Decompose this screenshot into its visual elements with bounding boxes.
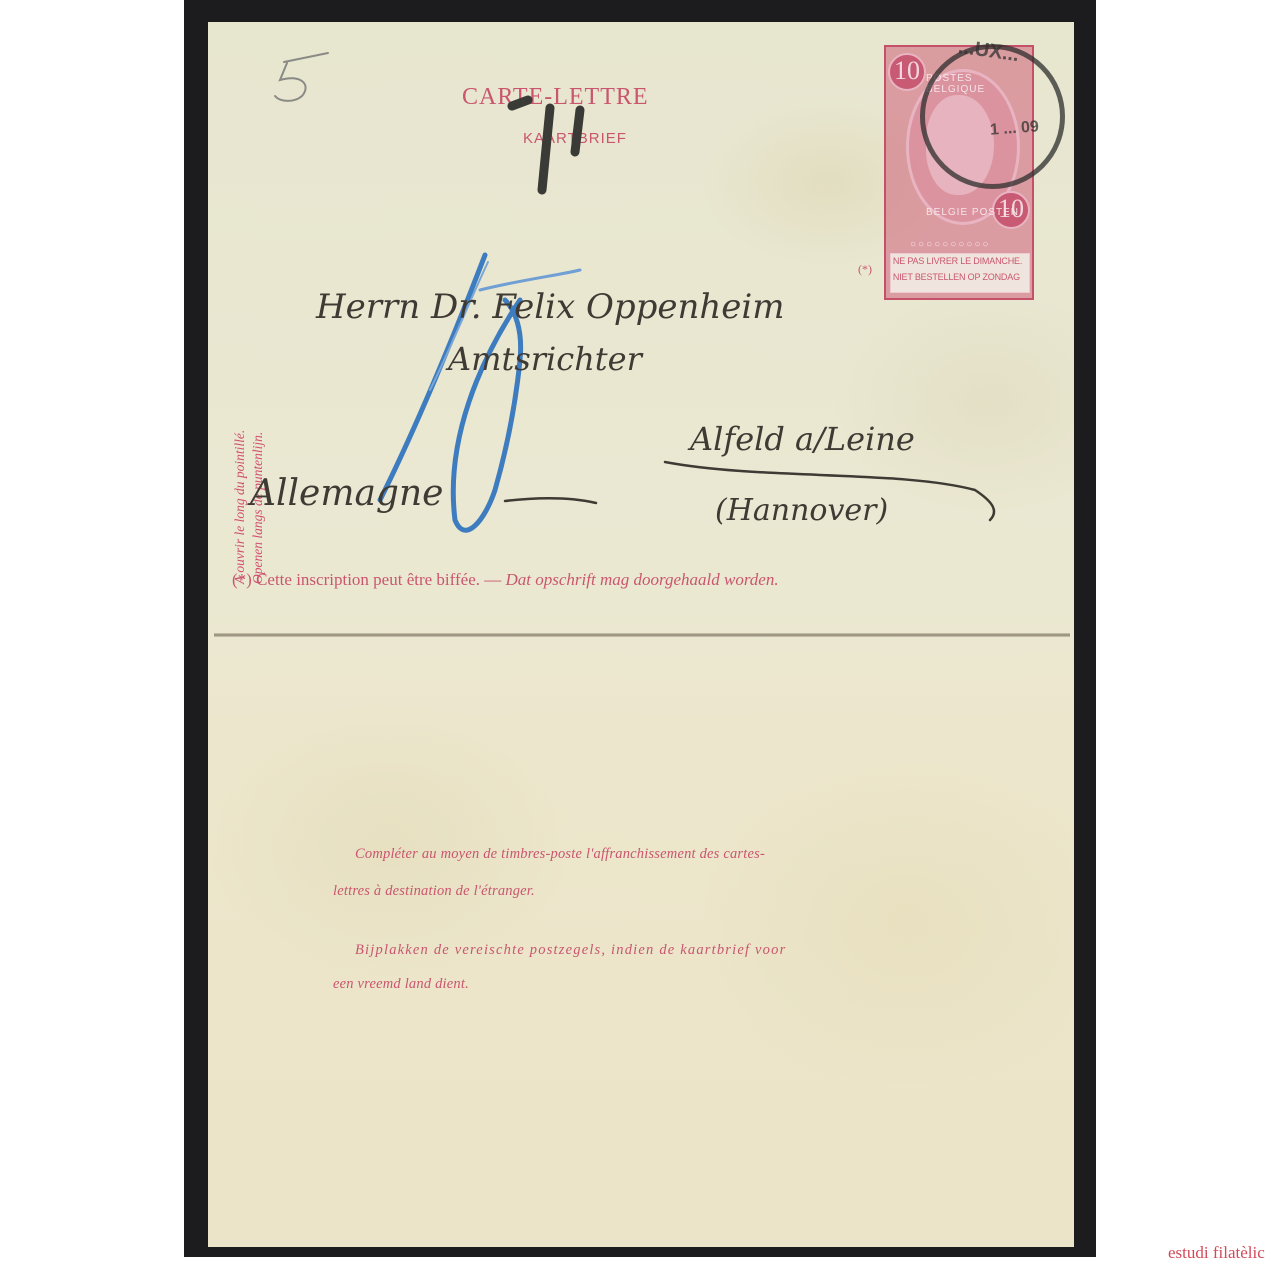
asterisk-marker: (*): [858, 262, 872, 277]
stamp-ring-bottom-text: BELGIE POSTEN: [926, 207, 1019, 218]
watermark-text: estudi filatèlic: [1168, 1243, 1265, 1263]
sunday-delivery-notice: NE PAS LIVRER LE DIMANCHE. NIET BESTELLE…: [890, 253, 1030, 293]
side-instruction-dutch: Openen langs de puntenlijn.: [250, 432, 266, 584]
stamp-dot-row: ○○○○○○○○○○: [910, 239, 990, 250]
notice-line-french: NE PAS LIVRER LE DIMANCHE.: [891, 254, 1022, 270]
card-subtitle: KAARTBRIEF: [523, 130, 627, 147]
postmark-date-text: 1 ... 09: [989, 118, 1039, 139]
instruction-french-line-1: Compléter au moyen de timbres-poste l'af…: [355, 846, 765, 863]
stamp-value-top: 10: [888, 53, 926, 91]
instruction-french-line-2: lettres à destination de l'étranger.: [333, 883, 535, 900]
card-title: CARTE-LETTRE: [462, 84, 649, 111]
footnote-french: Cette inscription peut être biffée. —: [256, 570, 501, 589]
footnote-dutch: Dat opschrift mag doorgehaald worden.: [506, 570, 779, 589]
footnote-marker: (*): [232, 570, 252, 589]
notice-line-dutch: NIET BESTELLEN OP ZONDAG: [891, 270, 1022, 286]
perforated-fold-line: [214, 633, 1070, 637]
side-instruction-french: A ouvrir le long du pointillé.: [232, 430, 248, 584]
postmark-cancellation: [920, 44, 1065, 189]
instruction-dutch-line-1: Bijplakken de vereischte postzegels, ind…: [355, 942, 786, 959]
instruction-dutch-line-2: een vreemd land dient.: [333, 976, 469, 993]
footnote: (*) Cette inscription peut être biffée. …: [232, 570, 779, 590]
